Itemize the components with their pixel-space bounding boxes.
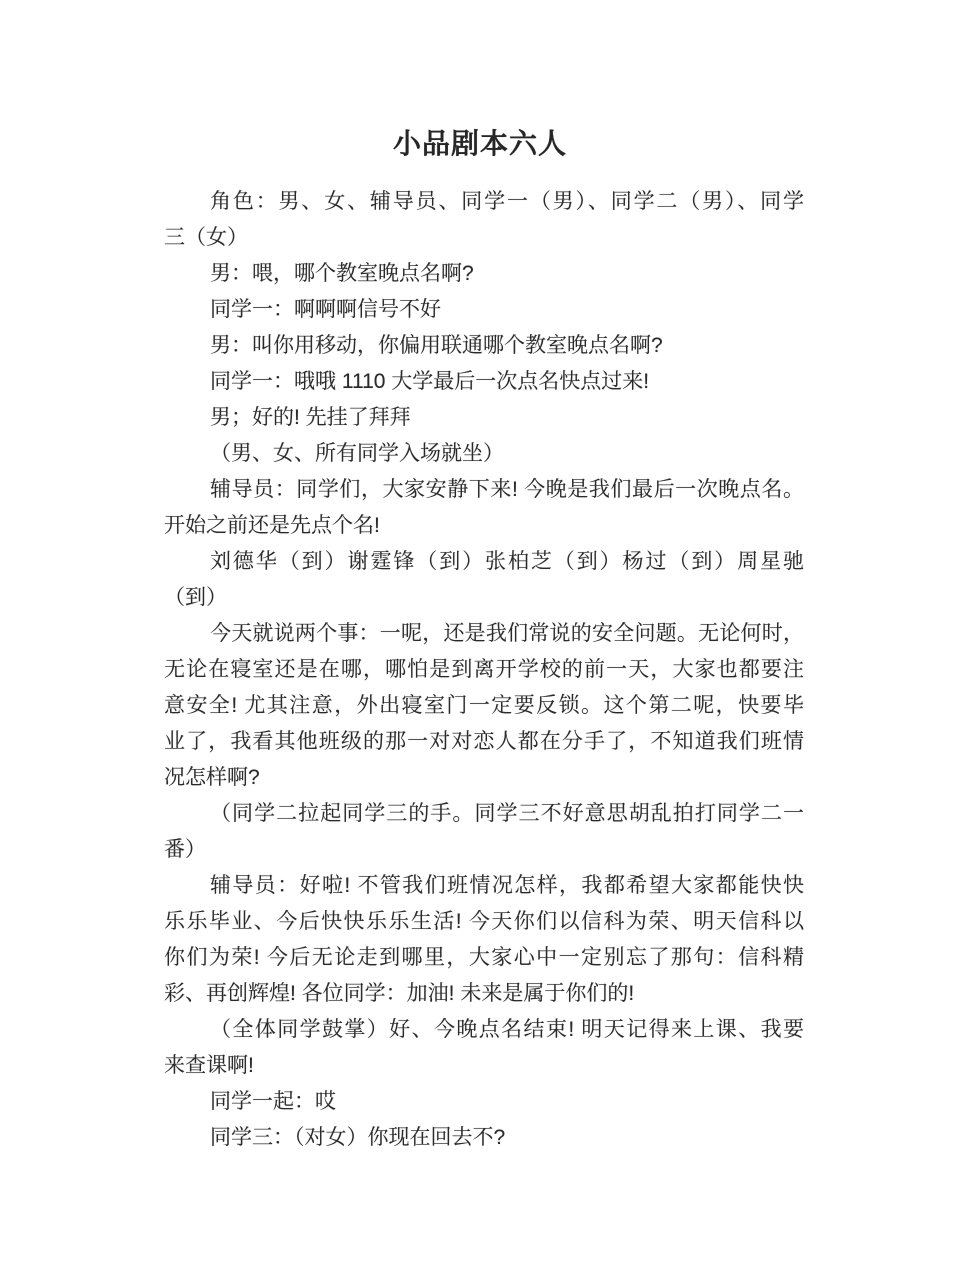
script-line: 业了，我看其他班级的那一对对恋人都在分手了，不知道我们班情	[164, 724, 804, 760]
script-line: 同学一起：哎	[164, 1084, 804, 1120]
script-line: 同学一：啊啊啊信号不好	[164, 292, 804, 328]
script-line: （同学二拉起同学三的手。同学三不好意思胡乱拍打同学二一	[164, 796, 804, 832]
document-page: 小品剧本六人 角色：男、女、辅导员、同学一（男）、同学二（男）、同学三（女）男：…	[0, 0, 960, 1280]
script-line: 刘德华（到）谢霆锋（到）张柏芝（到）杨过（到）周星驰	[164, 544, 804, 580]
script-line: 男：叫你用移动，你偏用联通哪个教室晚点名啊?	[164, 328, 804, 364]
script-line: （全体同学鼓掌）好、今晚点名结束! 明天记得来上课、我要	[164, 1012, 804, 1048]
script-line: 男；好的! 先挂了拜拜	[164, 400, 804, 436]
script-line: 乐乐毕业、今后快快乐乐生活! 今天你们以信科为荣、明天信科以	[164, 904, 804, 940]
script-line: 今天就说两个事：一呢，还是我们常说的安全问题。无论何时，	[164, 616, 804, 652]
script-line: 况怎样啊?	[164, 760, 804, 796]
document-title: 小品剧本六人	[0, 128, 960, 160]
script-line: （男、女、所有同学入场就坐）	[164, 436, 804, 472]
script-line: （到）	[164, 580, 804, 616]
script-body: 角色：男、女、辅导员、同学一（男）、同学二（男）、同学三（女）男：喂，哪个教室晚…	[164, 184, 804, 1156]
script-line: 角色：男、女、辅导员、同学一（男）、同学二（男）、同学	[164, 184, 804, 220]
script-line: 来查课啊!	[164, 1048, 804, 1084]
script-line: 同学一：哦哦 1110 大学最后一次点名快点过来!	[164, 364, 804, 400]
script-line: 无论在寝室还是在哪，哪怕是到离开学校的前一天，大家也都要注	[164, 652, 804, 688]
script-line: 开始之前还是先点个名!	[164, 508, 804, 544]
script-line: 辅导员：同学们，大家安静下来! 今晚是我们最后一次晚点名。	[164, 472, 804, 508]
script-line: 意安全! 尤其注意，外出寝室门一定要反锁。这个第二呢，快要毕	[164, 688, 804, 724]
script-line: 三（女）	[164, 220, 804, 256]
script-line: 同学三：（对女）你现在回去不?	[164, 1120, 804, 1156]
script-line: 男：喂，哪个教室晚点名啊?	[164, 256, 804, 292]
script-line: 你们为荣! 今后无论走到哪里，大家心中一定别忘了那句：信科精	[164, 940, 804, 976]
script-line: 辅导员：好啦! 不管我们班情况怎样，我都希望大家都能快快	[164, 868, 804, 904]
script-line: 彩、再创辉煌! 各位同学：加油! 未来是属于你们的!	[164, 976, 804, 1012]
script-line: 番）	[164, 832, 804, 868]
